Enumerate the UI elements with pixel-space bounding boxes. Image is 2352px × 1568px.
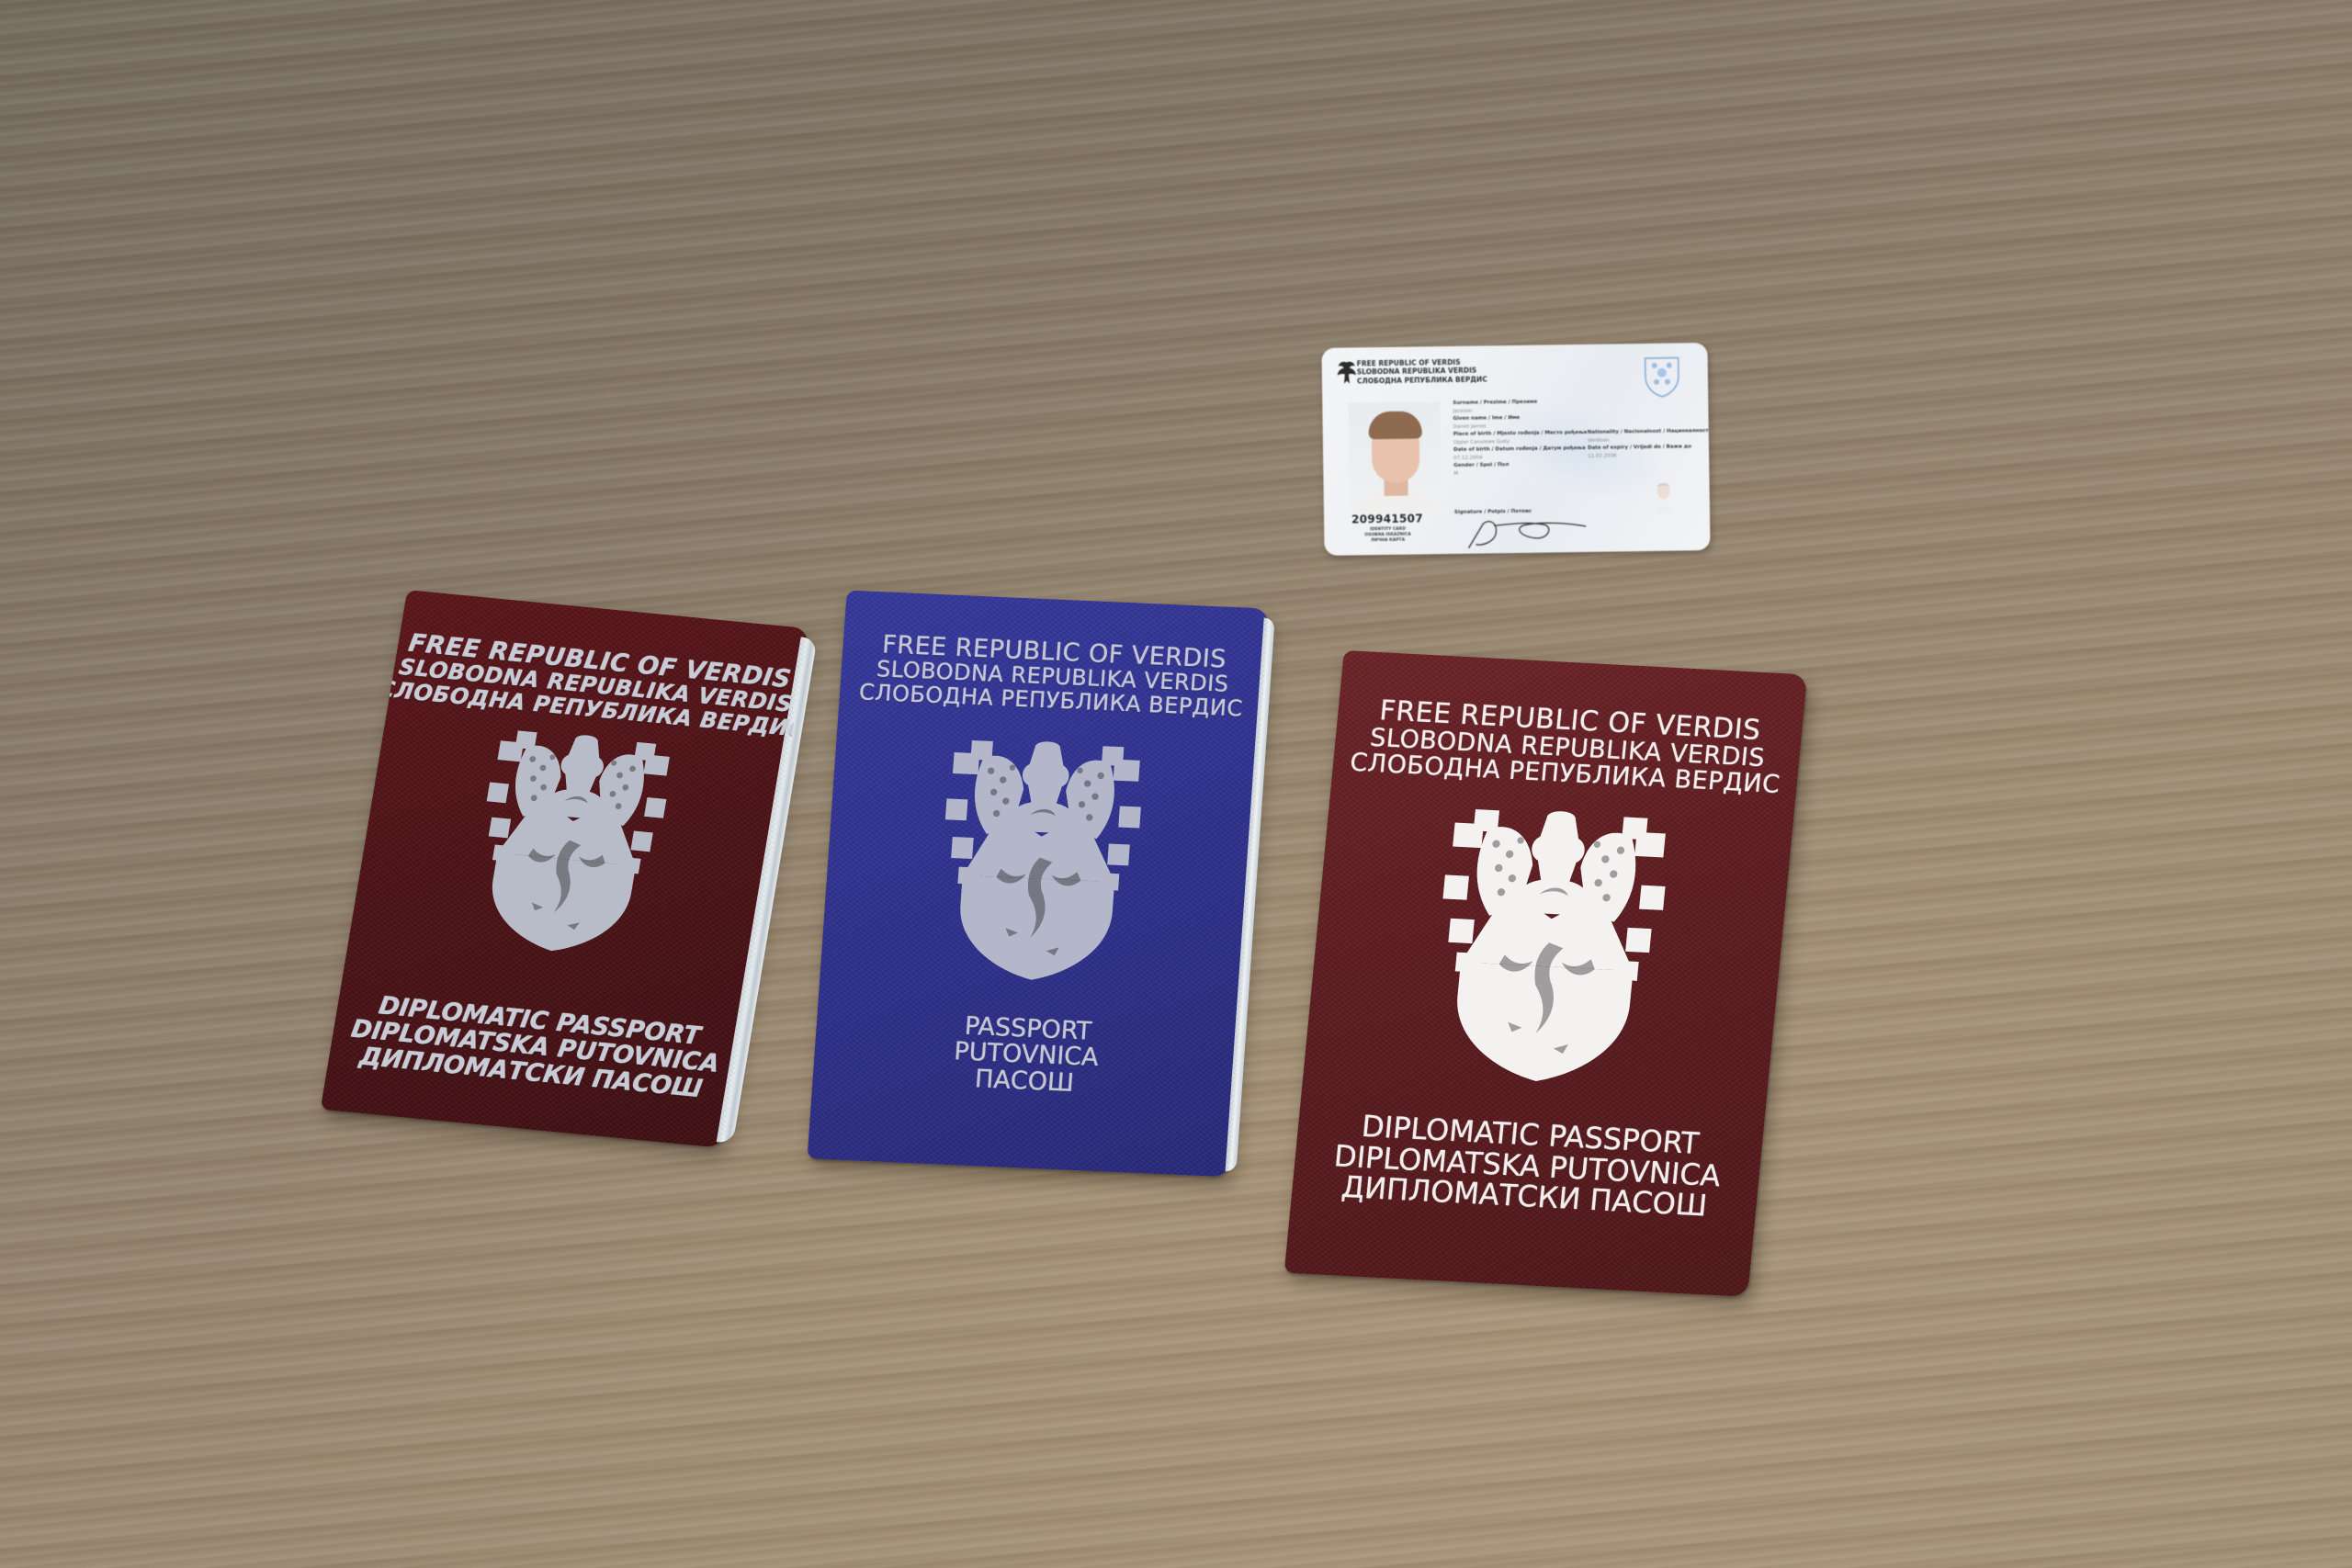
signature (1457, 515, 1596, 552)
id-card-fields: Surname / Prezime / Презиме Jackson Give… (1453, 398, 1588, 478)
passport-header: FREE REPUBLIC OF VERDIS SLOBODNA REPUBLI… (858, 631, 1247, 720)
signature-label: Signature / Potpis / Потпис (1454, 509, 1532, 515)
coat-of-arms-icon (1411, 803, 1685, 1090)
coat-of-arms-icon (925, 732, 1154, 988)
passport-type-label: DIPLOMATIC PASSPORT DIPLOMATSKA PUTOVNIC… (1291, 1108, 1763, 1224)
card-number: 209941507 (1351, 512, 1423, 525)
id-card-fields-right: Nationality / Nacionalnost / Националнос… (1588, 427, 1709, 460)
id-card-photo (1348, 401, 1442, 513)
eagle-icon (1335, 358, 1359, 386)
ghost-photo (1653, 481, 1675, 513)
passport-cover: FREE REPUBLIC OF VERDIS SLOBODNA REPUBLI… (808, 591, 1270, 1178)
diplomatic-passport-right[interactable]: FREE REPUBLIC OF VERDIS SLOBODNA REPUBLI… (1284, 650, 1808, 1297)
id-card-header: FREE REPUBLIC OF VERDIS SLOBODNA REPUBLI… (1357, 357, 1487, 385)
coat-of-arms-icon (455, 723, 684, 964)
ordinary-passport-blue[interactable]: FREE REPUBLIC OF VERDIS SLOBODNA REPUBLI… (808, 591, 1270, 1178)
hologram-emblem-icon (1642, 352, 1683, 399)
card-type-label: IDENTITY CARD OSOBNA ISKAZNICA ЛИЧНА КАР… (1364, 527, 1411, 544)
passport-header: FREE REPUBLIC OF VERDIS SLOBODNA REPUBLI… (377, 628, 809, 741)
passport-cover: FREE REPUBLIC OF VERDIS SLOBODNA REPUBLI… (1284, 650, 1808, 1297)
passport-type-label: DIPLOMATIC PASSPORT DIPLOMATSKA PUTOVNIC… (327, 989, 742, 1105)
passport-type-label: PASSPORT PUTOVNICA ПАСОШ (812, 1008, 1239, 1104)
diplomatic-passport-left[interactable]: FREE REPUBLIC OF VERDIS SLOBODNA REPUBLI… (321, 590, 810, 1148)
passport-header: FREE REPUBLIC OF VERDIS SLOBODNA REPUBLI… (1349, 695, 1786, 798)
passport-cover: FREE REPUBLIC OF VERDIS SLOBODNA REPUBLI… (321, 590, 810, 1148)
wooden-table: FREE REPUBLIC OF VERDIS SLOBODNA REPUBLI… (0, 0, 2352, 1568)
identity-card[interactable]: FREE REPUBLIC OF VERDIS SLOBODNA REPUBLI… (1321, 343, 1710, 556)
